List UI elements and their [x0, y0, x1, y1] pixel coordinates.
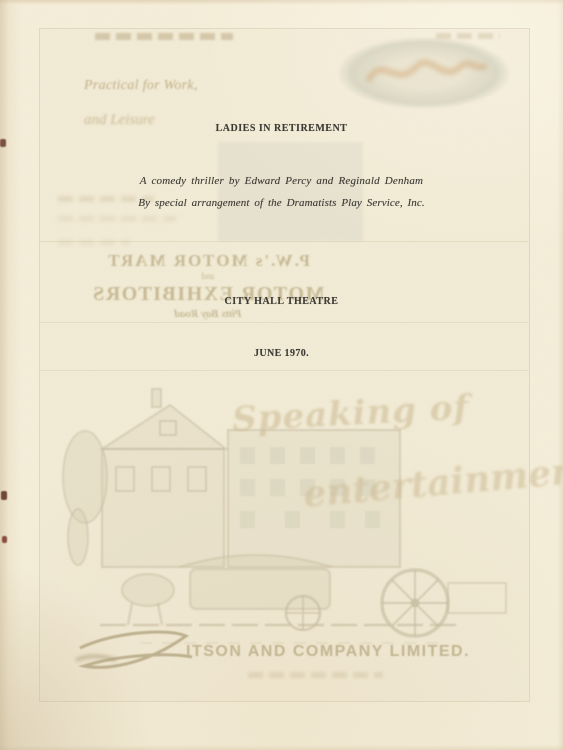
ghost-tagline: Practical for Work, [84, 78, 198, 94]
venue-name: CITY HALL THEATRE [0, 296, 563, 308]
play-byline: A comedy thriller by Edward Percy and Re… [0, 175, 563, 188]
ghost-company-name: ITSON AND COMPANY LIMITED. [186, 642, 506, 662]
ghost-text-smudge [58, 216, 176, 221]
staple-mark [2, 536, 7, 543]
ghost-rule-line [39, 370, 528, 371]
ghost-motor-ad: P.W.'s MOTOR MART and MOTOR EXHIBITORS P… [52, 250, 364, 321]
ghost-text-smudge [58, 240, 130, 245]
ghost-logo-squiggle-icon [338, 37, 510, 109]
ghost-address-bar [248, 672, 383, 678]
arrangement-note: By special arrangement of the Dramatists… [0, 197, 563, 210]
ghost-smallcaps-bar [95, 33, 233, 40]
programme-title-page: Practical for Work, and Leisure P.W.'s M… [0, 0, 563, 750]
ghost-photo-block [218, 142, 363, 241]
ghost-ad-line: Pitts Bay Road [52, 308, 364, 321]
ghost-ad-line: P.W.'s MOTOR MART [52, 250, 364, 271]
staple-mark [0, 139, 6, 147]
play-title: LADIES IN RETIREMENT [0, 123, 563, 135]
ghost-oval-logo [338, 37, 510, 109]
performance-date: JUNE 1970. [0, 348, 563, 360]
ghost-ad-line: and [52, 271, 364, 282]
ghost-rule-line [39, 322, 528, 323]
ghost-signature-flourish-icon [72, 626, 200, 676]
staple-mark [1, 491, 7, 500]
